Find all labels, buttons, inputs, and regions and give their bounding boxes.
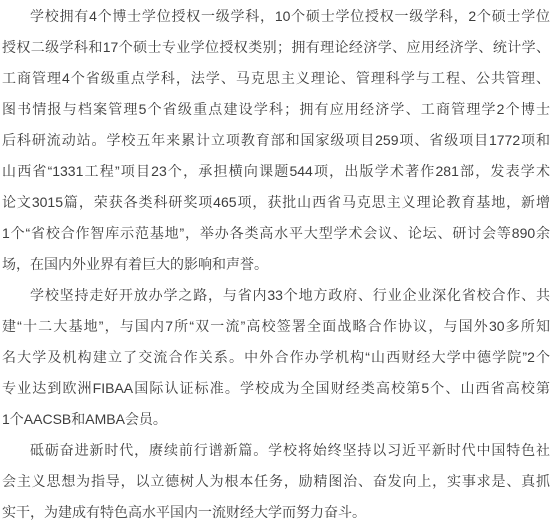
text-line: 建“十二大基地”，与国内7所“双一流”高校签署全面战略合作协议，与国外30多所知	[2, 311, 550, 342]
text-line: 专业达到欧洲FIBAA国际认证标准。学校成为全国财经类高校第5个、山西省高校第	[2, 373, 550, 404]
text-line: 1个“省校合作智库示范基地”，举办各类高水平大型学术会议、论坛、研讨会等890余	[2, 218, 550, 249]
text-line: 授权二级学科和17个硕士专业学位授权类别；拥有理论经济学、应用经济学、统计学、	[2, 32, 550, 63]
paragraph-degrees-research: 学校拥有4个博士学位授权一级学科，10个硕士学位授权一级学科，2个硕士学位授权二…	[2, 1, 550, 280]
text-line: 砥砺奋进新时代，赓续前行谱新篇。学校将始终坚持以习近平新时代中国特色社	[2, 435, 550, 466]
text-line: 学校坚持走好开放办学之路，与省内33个地方政府、行业企业深化省校合作、共	[2, 280, 550, 311]
text-line: 名大学及机构建立了交流合作关系。中外合作办学机构“山西财经大学中德学院”2个	[2, 342, 550, 373]
text-line: 论文3015篇，荣获各类科研奖项465项，获批山西省马克思主义理论教育基地，新增	[2, 187, 550, 218]
text-line: 后科研流动站。学校五年来累计立项教育部和国家级项目259项、省级项目1772项和	[2, 125, 550, 156]
text-line: 工商管理4个省级重点学科，法学、马克思主义理论、管理科学与工程、公共管理、	[2, 63, 550, 94]
text-line: 图书情报与档案管理5个省级重点建设学科；拥有应用经济学、工商管理学2个博士	[2, 94, 550, 125]
text-line: 实干，为建成有特色高水平国内一流财经大学而努力奋斗。	[2, 497, 550, 528]
text-line: 学校拥有4个博士学位授权一级学科，10个硕士学位授权一级学科，2个硕士学位	[2, 1, 550, 32]
text-line: 1个AACSB和AMBA会员。	[2, 404, 550, 435]
text-line: 山西省“1331工程”项目23个，承担横向课题544项，出版学术著作281部，发…	[2, 156, 550, 187]
text-line: 会主义思想为指导，以立德树人为根本任务，励精图治、奋发向上，实事求是、真抓	[2, 466, 550, 497]
paragraph-future-vision: 砥砺奋进新时代，赓续前行谱新篇。学校将始终坚持以习近平新时代中国特色社会主义思想…	[2, 435, 550, 528]
text-line: 场，在国内外业界有着巨大的影响和声誉。	[2, 249, 550, 280]
paragraph-open-cooperation: 学校坚持走好开放办学之路，与省内33个地方政府、行业企业深化省校合作、共建“十二…	[2, 280, 550, 435]
article-text-block: 学校拥有4个博士学位授权一级学科，10个硕士学位授权一级学科，2个硕士学位授权二…	[0, 0, 554, 530]
